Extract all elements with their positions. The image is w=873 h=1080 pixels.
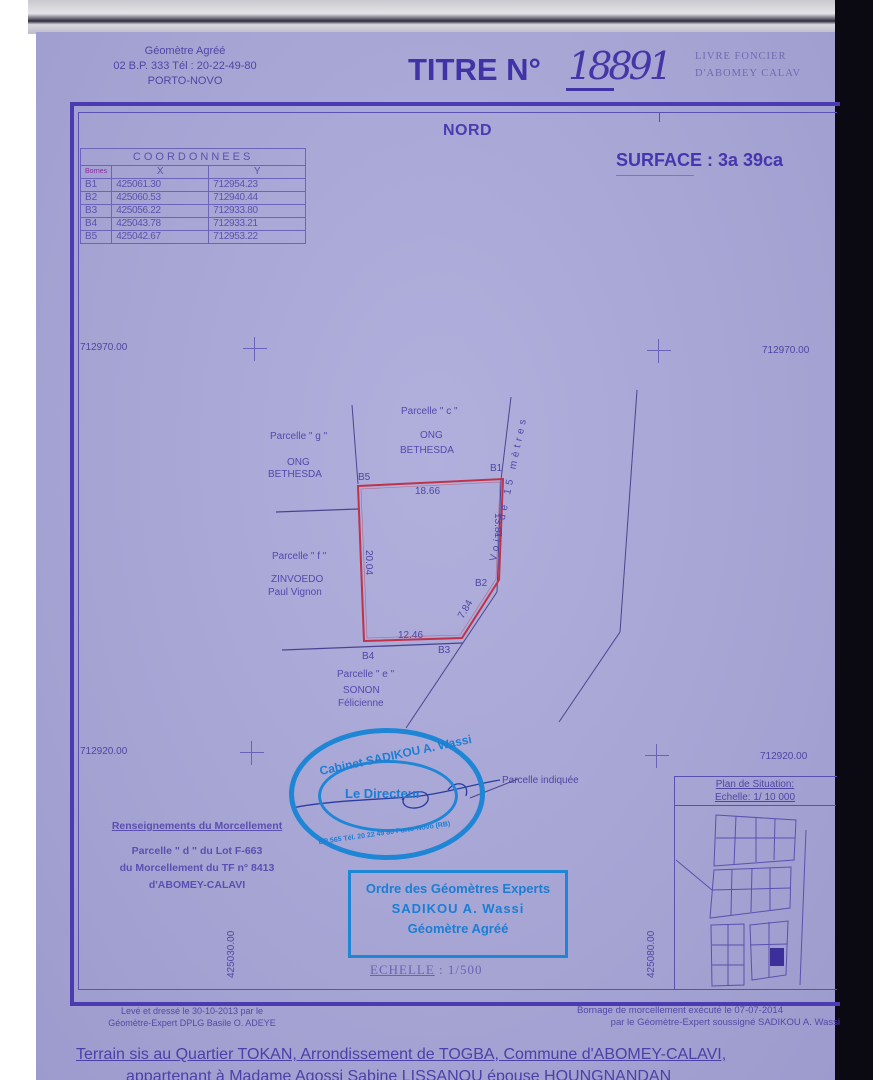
bornage-credit-line-1: Bornage de morcellement exécuté le 07-07… bbox=[520, 1005, 840, 1017]
parcel-g-owner1: ONG bbox=[287, 457, 310, 469]
parcel-f-label: Parcelle " f " bbox=[272, 551, 326, 563]
parcel-indicated-label: Parcelle indiquée bbox=[502, 775, 579, 786]
marker-b1: B1 bbox=[490, 463, 502, 474]
land-location: Terrain sis au Quartier TOKAN, Arrondiss… bbox=[76, 1046, 836, 1064]
parcel-e-owner1: SONON bbox=[343, 685, 380, 697]
stamp-center-text: Le Directeur bbox=[345, 786, 421, 801]
parcel-f-owner1: ZINVOEDO bbox=[271, 574, 323, 586]
survey-credit-line-2: Géomètre-Expert DPLG Basile O. ADEYE bbox=[72, 1017, 312, 1029]
subdivision-heading: Renseignements du Morcellement bbox=[82, 818, 312, 835]
marker-b5: B5 bbox=[358, 472, 370, 483]
parcel-c-owner1: ONG bbox=[420, 430, 443, 442]
survey-credit: Levé et dressé le 30-10-2013 par le Géom… bbox=[72, 1005, 312, 1029]
order-stamp-line-1: Ordre des Géomètres Experts bbox=[351, 879, 565, 899]
marker-b3: B3 bbox=[438, 645, 450, 656]
land-owner-cut: appartenant à Madame Agossi Sabine LISSA… bbox=[126, 1068, 826, 1080]
length-b5-b1: 18.66 bbox=[415, 486, 440, 497]
survey-credit-line-1: Levé et dressé le 30-10-2013 par le bbox=[72, 1005, 312, 1017]
situation-plan-box bbox=[674, 776, 837, 990]
bornage-credit-line-2: par le Géomètre-Expert soussigné SADIKOU… bbox=[520, 1017, 840, 1029]
order-stamp-line-2: SADIKOU A. Wassi bbox=[351, 899, 565, 919]
subdivision-line-3: d'ABOMEY-CALAVI bbox=[82, 877, 312, 894]
marker-b4: B4 bbox=[362, 651, 374, 662]
subdivision-line-2: du Morcellement du TF n° 8413 bbox=[82, 860, 312, 877]
order-stamp-line-3: Géomètre Agréé bbox=[351, 919, 565, 939]
subdivision-info: Renseignements du Morcellement Parcelle … bbox=[82, 818, 312, 894]
length-b4-b5: 20.04 bbox=[363, 550, 374, 575]
bornage-credit: Bornage de morcellement exécuté le 07-07… bbox=[520, 1005, 840, 1029]
scale-value: : 1/500 bbox=[439, 962, 482, 977]
parcel-g-label: Parcelle " g " bbox=[270, 431, 327, 443]
parcel-c-label: Parcelle " c " bbox=[401, 406, 458, 418]
marker-b2: B2 bbox=[475, 578, 487, 589]
situation-plan-title: Plan de Situation: bbox=[674, 778, 836, 791]
parcel-f-owner2: Paul Vignon bbox=[268, 587, 322, 599]
order-stamp: Ordre des Géomètres Experts SADIKOU A. W… bbox=[348, 870, 568, 958]
situation-plan-scale: Echelle: 1/ 10 000 bbox=[674, 791, 836, 804]
subdivision-line-1: Parcelle " d " du Lot F-663 bbox=[82, 843, 312, 860]
parcel-e-label: Parcelle " e " bbox=[337, 669, 394, 681]
parcel-e-owner2: Félicienne bbox=[338, 698, 384, 710]
scale-word: ECHELLE bbox=[370, 962, 435, 977]
length-b3-b4: 12.46 bbox=[398, 630, 423, 641]
parcel-g-owner2: BETHESDA bbox=[268, 469, 322, 481]
situation-plan-header: Plan de Situation: Echelle: 1/ 10 000 bbox=[674, 776, 836, 806]
parcel-c-owner2: BETHESDA bbox=[400, 445, 454, 457]
scale-label: ECHELLE : 1/500 bbox=[370, 962, 483, 978]
